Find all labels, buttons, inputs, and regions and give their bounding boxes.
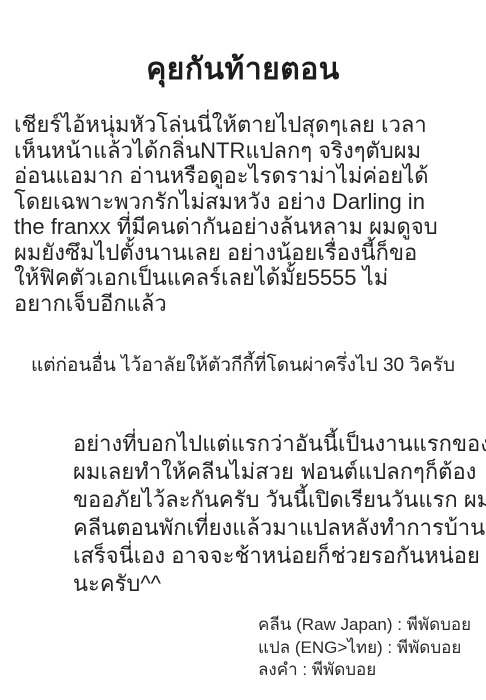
notes-text-line: เสร็จนี่เอง อาจจะช้าหน่อยก็ช่วยรอกันหน่อ… (73, 542, 480, 570)
credit-typeset-line: ลงคำ : พีพัดบอย (258, 659, 471, 682)
credit-clean-line: คลีน (Raw Japan) : พีพัดบอย (258, 614, 471, 637)
credits-block: คลีน (Raw Japan) : พีพัดบอย แปล (ENG>ไทย… (258, 614, 471, 682)
body-text-line: ให้ฟิคตัวเอกเป็นแคลร์เลยได้มั้ย5555 ไม่ (14, 265, 478, 291)
body-text-line: เชียร์ไอ้หนุ่มหัวโล่นนี่ให้ตายไปสุดๆเลย … (14, 112, 478, 138)
notes-text-line: นะครับ^^ (73, 570, 480, 598)
notes-text-line: คลีนตอนพักเที่ยงแล้วมาแปลหลังทำการบ้าน (73, 514, 480, 542)
body-text-line: อ่อนแอมาก อ่านหรือดูอะไรดราม่าไม่ค่อยได้ (14, 163, 478, 189)
page-title: คุยกันท้ายตอน (0, 50, 486, 90)
notes-text-line: อย่างที่บอกไปแต่แรกว่าอันนี้เป็นงานแรกขอ… (73, 430, 480, 458)
translator-notes-paragraph: อย่างที่บอกไปแต่แรกว่าอันนี้เป็นงานแรกขอ… (73, 430, 480, 598)
notes-text-line: ขออภัยไว้ละกันครับ วันนี้เปิดเรียนวันแรก… (73, 486, 480, 514)
body-paragraph: เชียร์ไอ้หนุ่มหัวโล่นนี่ให้ตายไปสุดๆเลย … (14, 112, 478, 316)
notes-text-line: ผมเลยทำให้คลีนไม่สวย ฟอนต์แปลกๆก็ต้อง (73, 458, 480, 486)
afterword-page: คุยกันท้ายตอน เชียร์ไอ้หนุ่มหัวโล่นนี่ให… (0, 0, 486, 700)
memorial-line: แต่ก่อนอื่น ไว้อาลัยให้ตัวกีกี้ที่โดนผ่า… (0, 352, 486, 380)
body-text-line: เห็นหน้าแล้วได้กลิ่นNTRแปลกๆ จริงๆตับผม (14, 138, 478, 164)
body-text-line: โดยเฉพาะพวกรักไม่สมหวัง อย่าง Darling in (14, 189, 478, 215)
body-text-line: ผมยังซึมไปตั้งนานเลย อย่างน้อยเรื่องนี้ก… (14, 240, 478, 266)
credit-translate-line: แปล (ENG>ไทย) : พีพัดบอย (258, 637, 471, 660)
body-text-line: the franxx ที่มีคนด่ากันอย่างล้นหลาม ผมด… (14, 214, 478, 240)
body-text-line: อยากเจ็บอีกแล้ว (14, 291, 478, 317)
